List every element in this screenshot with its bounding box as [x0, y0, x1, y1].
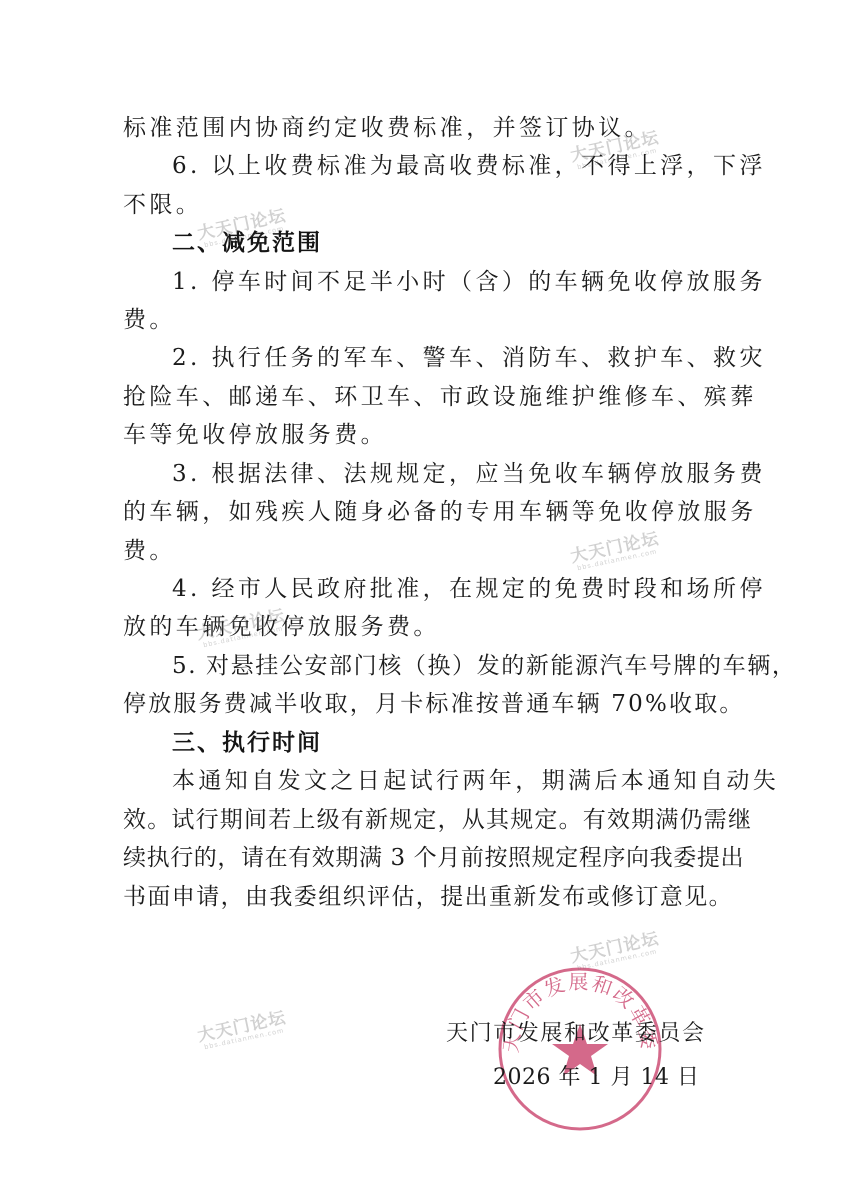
- section-heading-effective-time: 三、执行时间: [172, 730, 752, 756]
- body-line: 放的车辆免收停放服务费。: [123, 614, 703, 640]
- official-seal-icon: 天门市发展和改革委员会: [497, 966, 663, 1132]
- body-line: 效。试行期间若上级有新规定，从其规定。有效期满仍需继: [123, 807, 703, 833]
- body-line: 5. 对悬挂公安部门核（换）发的新能源汽车号牌的车辆，: [172, 653, 752, 679]
- body-line: 6. 以上收费标准为最高收费标准，不得上浮，下浮: [172, 153, 752, 179]
- body-line: 4. 经市人民政府批准，在规定的免费时段和场所停: [172, 576, 752, 602]
- body-line: 标准范围内协商约定收费标准，并签订协议。: [123, 115, 703, 141]
- body-line: 费。: [123, 538, 703, 564]
- body-line: 费。: [123, 307, 703, 333]
- watermark: 大天门论坛 bbs.datianmen.com: [195, 1003, 289, 1052]
- body-line: 3. 根据法律、法规规定，应当免收车辆停放服务费: [172, 461, 752, 487]
- body-line: 本通知自发文之日起试行两年，期满后本通知自动失: [172, 768, 752, 794]
- body-line: 停放服务费减半收取，月卡标准按普通车辆 70%收取。: [123, 691, 703, 717]
- body-line: 的车辆，如残疾人随身必备的专用车辆等免收停放服务: [123, 499, 703, 525]
- body-line: 续执行的，请在有效期满 3 个月前按照规定程序向我委提出: [123, 845, 703, 871]
- body-line: 抢险车、邮递车、环卫车、市政设施维护维修车、殡葬: [123, 384, 703, 410]
- issue-date: 2026 年 1 月 14 日: [493, 1060, 699, 1091]
- body-line: 书面申请，由我委组织评估，提出重新发布或修订意见。: [123, 884, 703, 910]
- body-line: 车等免收停放服务费。: [123, 422, 703, 448]
- body-line: 不限。: [123, 192, 703, 218]
- body-line: 2. 执行任务的军车、警车、消防车、救护车、救灾: [172, 345, 752, 371]
- body-line: 1. 停车时间不足半小时（含）的车辆免收停放服务: [172, 269, 752, 295]
- issuing-organization: 天门市发展和改革委员会: [446, 1016, 706, 1047]
- section-heading-exemptions: 二、减免范围: [172, 230, 752, 256]
- document-page: 标准范围内协商约定收费标准，并签订协议。 6. 以上收费标准为最高收费标准，不得…: [0, 0, 849, 1200]
